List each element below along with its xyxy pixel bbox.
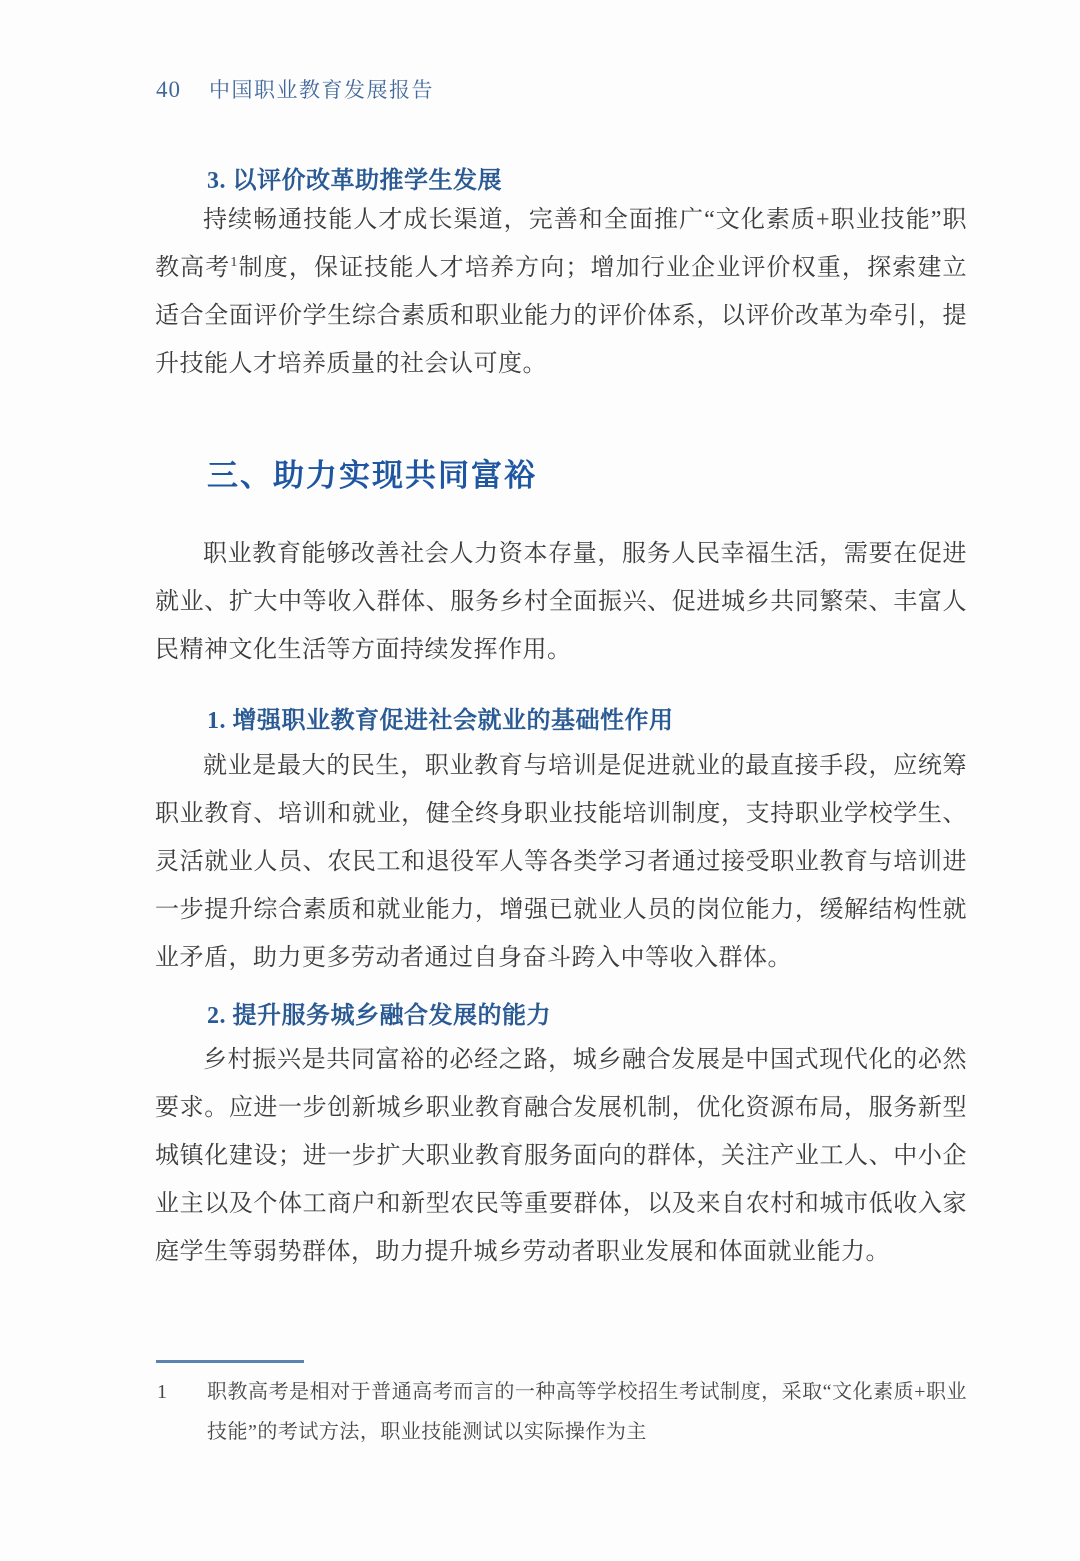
page-number: 40	[156, 77, 181, 103]
subsection-1-heading: 1. 增强职业教育促进社会就业的基础性作用	[207, 700, 674, 735]
footnote-text: 职教高考是相对于普通高考而言的一种高等学校招生考试制度，采取“文化素质+职业技能…	[207, 1372, 967, 1452]
footnote-marker: 1	[157, 1372, 167, 1412]
chapter-heading: 三、助力实现共同富裕	[207, 450, 537, 495]
chapter-intro-paragraph: 职业教育能够改善社会人力资本存量，服务人民幸福生活，需要在促进就业、扩大中等收入…	[155, 530, 967, 674]
book-title: 中国职业教育发展报告	[209, 74, 434, 104]
footnote-divider	[156, 1360, 304, 1363]
paragraph-text-after-footnote-ref: 制度，保证技能人才培养方向；增加行业企业评价权重，探索建立适合全面评价学生综合素…	[155, 255, 967, 377]
document-page: 40 中国职业教育发展报告 3. 以评价改革助推学生发展 持续畅通技能人才成长渠…	[0, 0, 1080, 1561]
subsection-3-paragraph: 持续畅通技能人才成长渠道，完善和全面推广“文化素质+职业技能”职教高考1制度，保…	[155, 196, 967, 388]
subsection-1-paragraph: 就业是最大的民生，职业教育与培训是促进就业的最直接手段，应统筹职业教育、培训和就…	[155, 742, 967, 982]
page-header: 40 中国职业教育发展报告	[156, 74, 434, 104]
subsection-2-heading: 2. 提升服务城乡融合发展的能力	[207, 995, 551, 1030]
subsection-3-heading: 3. 以评价改革助推学生发展	[207, 160, 502, 195]
footnote-ref-superscript: 1	[230, 255, 238, 270]
subsection-2-paragraph: 乡村振兴是共同富裕的必经之路，城乡融合发展是中国式现代化的必然要求。应进一步创新…	[155, 1036, 967, 1276]
footnote: 1 职教高考是相对于普通高考而言的一种高等学校招生考试制度，采取“文化素质+职业…	[155, 1372, 967, 1452]
